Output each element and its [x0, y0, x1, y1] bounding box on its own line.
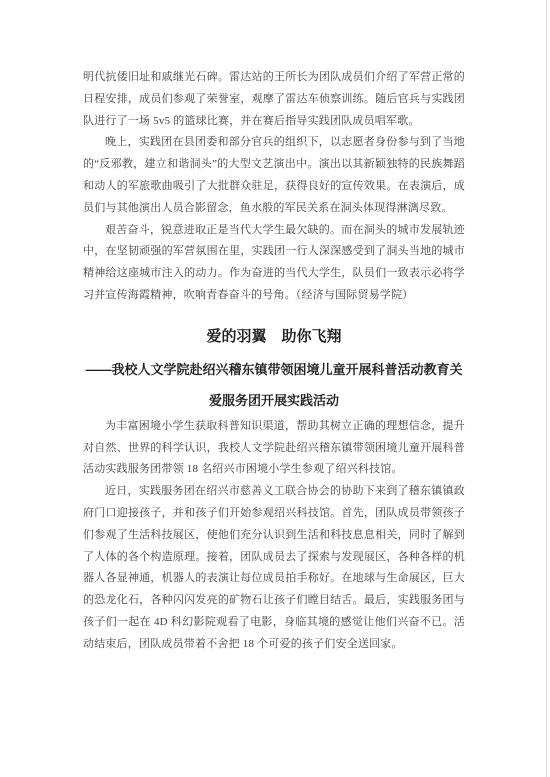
- article2-subtitle: ——我校人文学院赴绍兴稽东镇带领困境儿童开展科普活动教育关爱服务团开展实践活动: [83, 354, 465, 416]
- article2-title: 爱的羽翼 助你飞翔: [83, 327, 465, 347]
- paragraph-army-camp-visit: 明代抗倭旧址和戚继光石碑。雷达站的王所长为团队成员们介绍了军营正常的日程安排，成…: [83, 67, 465, 132]
- paragraph-article1-conclusion: 艰苦奋斗，锐意进取正是当代大学生最欠缺的。而在洞头的城市发展轨迹中，在坚韧顽强的…: [83, 220, 465, 307]
- document-content: 明代抗倭旧址和戚继光石碑。雷达站的王所长为团队成员们介绍了军营正常的日程安排，成…: [0, 0, 550, 656]
- paragraph-science-outreach-purpose: 为丰富困境小学生获取科普知识渠道，帮助其树立正确的理想信念，提升对自然、世界的科…: [83, 416, 465, 481]
- paragraph-science-museum-visit: 近日，实践服务团在绍兴市慈善义工联合协会的协助下来到了稽东镇镇政府门口迎接孩子，…: [83, 481, 465, 655]
- document-page: 明代抗倭旧址和戚继光石碑。雷达站的王所长为团队成员们介绍了军营正常的日程安排，成…: [0, 0, 550, 777]
- paragraph-evening-performance: 晚上，实践团在县团委和部分官兵的组织下，以志愿者身份参与到了当地的“反邪教，建立…: [83, 132, 465, 219]
- page-edge-line: [546, 0, 547, 777]
